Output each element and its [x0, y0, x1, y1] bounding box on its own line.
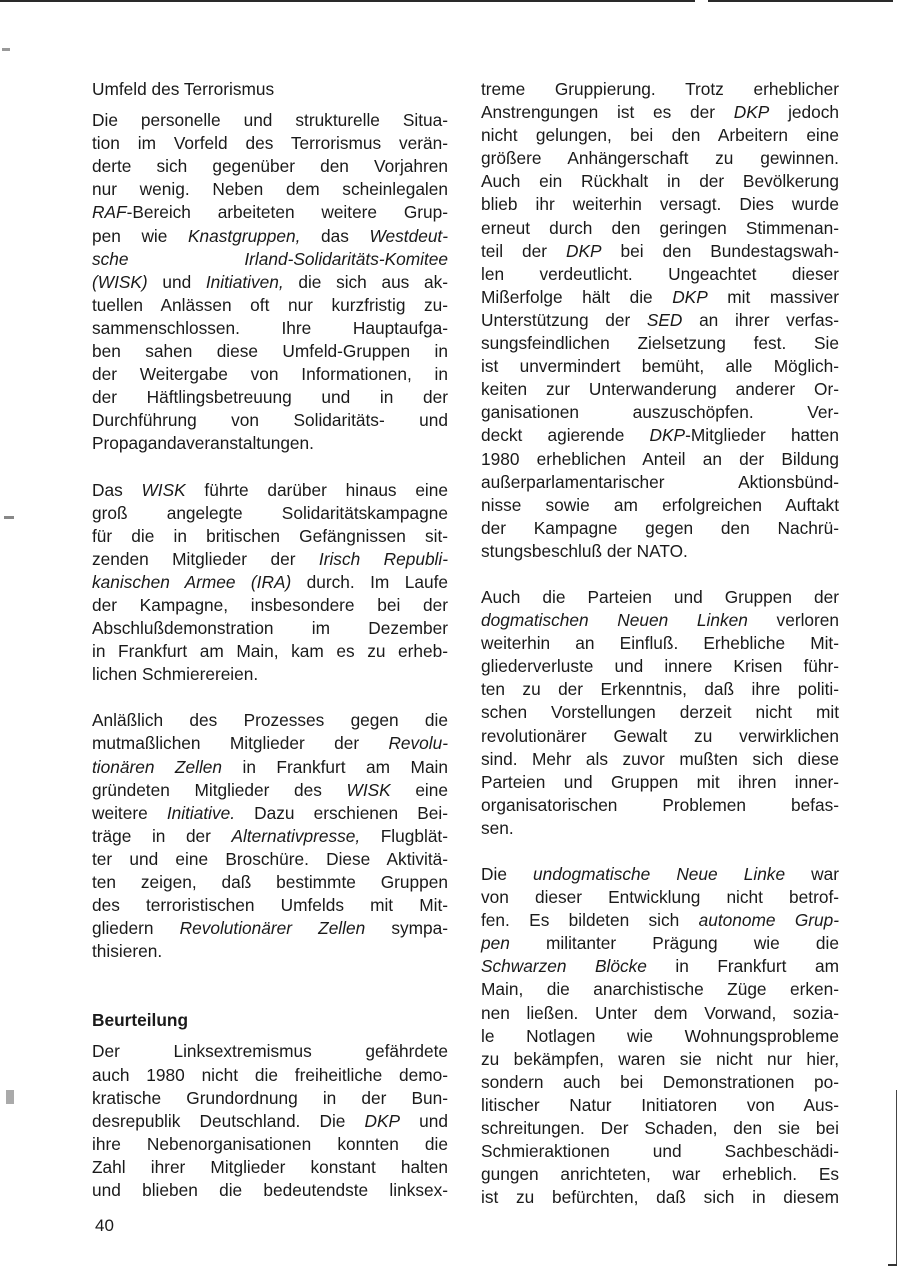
text-line: schen Vorstellungen derzeit nicht mit [481, 701, 839, 724]
text-line: erneut durch den geringen Stimmenan- [481, 217, 839, 240]
text-line: für die in britischen Gefängnissen sit- [92, 525, 448, 548]
text-line: Anläßlich des Prozesses gegen die [92, 709, 448, 732]
text-line: Zahl ihrer Mitglieder konstant halten [92, 1156, 448, 1179]
text-line: tion im Vorfeld des Terrorismus verän- [92, 132, 448, 155]
text-line: Schmieraktionen und Sachbeschädi- [481, 1140, 839, 1163]
scan-top-edge [0, 0, 695, 2]
text-line: tionären Zellen in Frankfurt am Main [92, 756, 448, 779]
text-line: fen. Es bildeten sich autonome Grup- [481, 909, 839, 932]
text-line: Der Linksextremismus gefährdete [92, 1040, 448, 1063]
text-line: Die undogmatische Neue Linke war [481, 863, 839, 886]
scan-artifact [6, 1090, 14, 1104]
text-line: ganisationen auszuschöpfen. Ver- [481, 401, 839, 424]
text-line: (WISK) und Initiativen, die sich aus ak- [92, 271, 448, 294]
text-line: Mißerfolge hält die DKP mit massiver [481, 286, 839, 309]
text-line: der Häftlingsbetreuung und in der [92, 386, 448, 409]
page-number: 40 [95, 1216, 114, 1236]
text-line: kanischen Armee (IRA) durch. Im Laufe [92, 571, 448, 594]
text-line: schreitungen. Der Schaden, den sie bei [481, 1117, 839, 1140]
text-line: und blieben die bedeutendste linksex- [92, 1179, 448, 1202]
text-line: len verdeutlicht. Ungeachtet dieser [481, 263, 839, 286]
subheading-beurteilung: Beurteilung [92, 1009, 448, 1032]
text-line: pen militanter Prägung wie die [481, 932, 839, 955]
text-line: Schwarzen Blöcke in Frankfurt am [481, 955, 839, 978]
text-line: RAF-Bereich arbeiteten weitere Grup- [92, 201, 448, 224]
text-line: Anstrengungen ist es der DKP jedoch [481, 101, 839, 124]
text-line: sche Irland-Solidaritäts-Komitee [92, 248, 448, 271]
text-line: gliederverluste und innere Krisen führ- [481, 655, 839, 678]
text-line: sammenschlossen. Ihre Hauptaufga- [92, 317, 448, 340]
text-line: zu bekämpfen, waren sie nicht nur hier, [481, 1048, 839, 1071]
text-line: tuellen Anlässen oft nur kurzfristig zu- [92, 294, 448, 317]
text-line: mutmaßlichen Mitglieder der Revolu- [92, 732, 448, 755]
text-line: derte sich gegenüber den Vorjahren [92, 155, 448, 178]
text-line: nen ließen. Unter dem Vorwand, sozia- [481, 1002, 839, 1025]
text-line: stungsbeschluß der NATO. [481, 540, 839, 563]
text-line: Auch ein Rückhalt in der Bevölkerung [481, 170, 839, 193]
text-line: Unterstützung der SED an ihrer verfas- [481, 309, 839, 332]
text-line: desrepublik Deutschland. Die DKP und [92, 1110, 448, 1133]
text-line: ist zu befürchten, daß sich in diesem [481, 1186, 839, 1209]
text-line: ihre Nebenorganisationen konnten die [92, 1133, 448, 1156]
paragraph: Die undogmatische Neue Linke warvon dies… [481, 863, 839, 1209]
section-title: Umfeld des Terrorismus [92, 78, 448, 101]
text-line: ter und eine Broschüre. Diese Aktivitä- [92, 848, 448, 871]
text-line: keiten zur Unterwanderung anderer Or- [481, 378, 839, 401]
text-line: groß angelegte Solidaritätskampagne [92, 502, 448, 525]
text-line: kratische Grundordnung in der Bun- [92, 1087, 448, 1110]
text-line: des terroristischen Umfelds mit Mit- [92, 894, 448, 917]
text-line: der Kampagne gegen den Nachrü- [481, 517, 839, 540]
text-line: auch 1980 nicht die freiheitliche demo- [92, 1064, 448, 1087]
text-line: le Notlagen wie Wohnungsprobleme [481, 1025, 839, 1048]
text-line: zenden Mitglieder der Irisch Republi- [92, 548, 448, 571]
text-line: weitere Initiative. Dazu erschienen Bei- [92, 802, 448, 825]
text-line: teil der DKP bei den Bundestagswah- [481, 240, 839, 263]
text-line: nisse sowie am erfolgreichen Auftakt [481, 494, 839, 517]
text-line: ten zeigen, daß bestimmte Gruppen [92, 871, 448, 894]
text-line: Propagandaveranstaltungen. [92, 432, 448, 455]
scan-artifact [2, 48, 10, 51]
text-line: nur wenig. Neben dem scheinlegalen [92, 178, 448, 201]
text-line: gliedern Revolutionärer Zellen sympa- [92, 917, 448, 940]
text-line: treme Gruppierung. Trotz erheblicher [481, 78, 839, 101]
text-line: Main, die anarchistische Züge erken- [481, 978, 839, 1001]
text-line: außerparlamentarischer Aktionsbünd- [481, 471, 839, 494]
text-line: ben sahen diese Umfeld-Gruppen in [92, 340, 448, 363]
left-column: Umfeld des Terrorismus Die personelle un… [92, 78, 448, 1225]
scan-artifact [4, 516, 14, 519]
text-line: der Kampagne, insbesondere bei der [92, 594, 448, 617]
paragraph: Anläßlich des Prozesses gegen diemutmaßl… [92, 709, 448, 963]
scan-right-edge-foot [888, 1264, 897, 1266]
scan-top-edge [708, 0, 893, 2]
text-line: gungen anrichteten, war erheblich. Es [481, 1163, 839, 1186]
paragraph: Der Linksextremismus gefährdeteauch 1980… [92, 1040, 448, 1202]
text-line: blieb ihr weiterhin versagt. Dies wurde [481, 193, 839, 216]
text-line: sungsfeindlichen Zielsetzung fest. Sie [481, 332, 839, 355]
text-line: Das WISK führte darüber hinaus eine [92, 479, 448, 502]
paragraph: Die personelle und strukturelle Situa-ti… [92, 109, 448, 455]
text-line: ist unvermindert bemüht, alle Möglich- [481, 355, 839, 378]
text-line: lichen Schmierereien. [92, 663, 448, 686]
text-line: gründeten Mitglieder des WISK eine [92, 779, 448, 802]
text-line: dogmatischen Neuen Linken verloren [481, 609, 839, 632]
text-line: ten zu der Erkenntnis, daß ihre politi- [481, 678, 839, 701]
text-line: weiterhin an Einfluß. Erhebliche Mit- [481, 632, 839, 655]
text-line: Durchführung von Solidaritäts- und [92, 409, 448, 432]
paragraph: Das WISK führte darüber hinaus einegroß … [92, 479, 448, 687]
text-line: Abschlußdemonstration im Dezember [92, 617, 448, 640]
text-line: in Frankfurt am Main, kam es zu erheb- [92, 640, 448, 663]
paragraph: treme Gruppierung. Trotz erheblicherAnst… [481, 78, 839, 563]
paragraph: Auch die Parteien und Gruppen derdogmati… [481, 586, 839, 840]
text-line: Auch die Parteien und Gruppen der [481, 586, 839, 609]
text-line: Parteien und Gruppen mit ihren inner- [481, 771, 839, 794]
text-line: sondern auch bei Demonstrationen po- [481, 1071, 839, 1094]
scan-right-edge [896, 1090, 897, 1265]
text-line: träge in der Alternativpresse, Flugblät- [92, 825, 448, 848]
text-line: sind. Mehr als zuvor mußten sich diese [481, 748, 839, 771]
text-line: nicht gelungen, bei den Arbeitern eine [481, 124, 839, 147]
text-line: deckt agierende DKP-Mitglieder hatten [481, 424, 839, 447]
text-line: größere Anhängerschaft zu gewinnen. [481, 147, 839, 170]
text-line: der Weitergabe von Informationen, in [92, 363, 448, 386]
text-line: 1980 erheblichen Anteil an der Bildung [481, 448, 839, 471]
text-line: organisatorischen Problemen befas- [481, 794, 839, 817]
text-line: revolutionärer Gewalt zu verwirklichen [481, 725, 839, 748]
text-line: pen wie Knastgruppen, das Westdeut- [92, 225, 448, 248]
text-line: von dieser Entwicklung nicht betrof- [481, 886, 839, 909]
text-line: litischer Natur Initiatoren von Aus- [481, 1094, 839, 1117]
text-line: Die personelle und strukturelle Situa- [92, 109, 448, 132]
text-line: thisieren. [92, 940, 448, 963]
right-column: treme Gruppierung. Trotz erheblicherAnst… [481, 78, 839, 1232]
text-line: sen. [481, 817, 839, 840]
